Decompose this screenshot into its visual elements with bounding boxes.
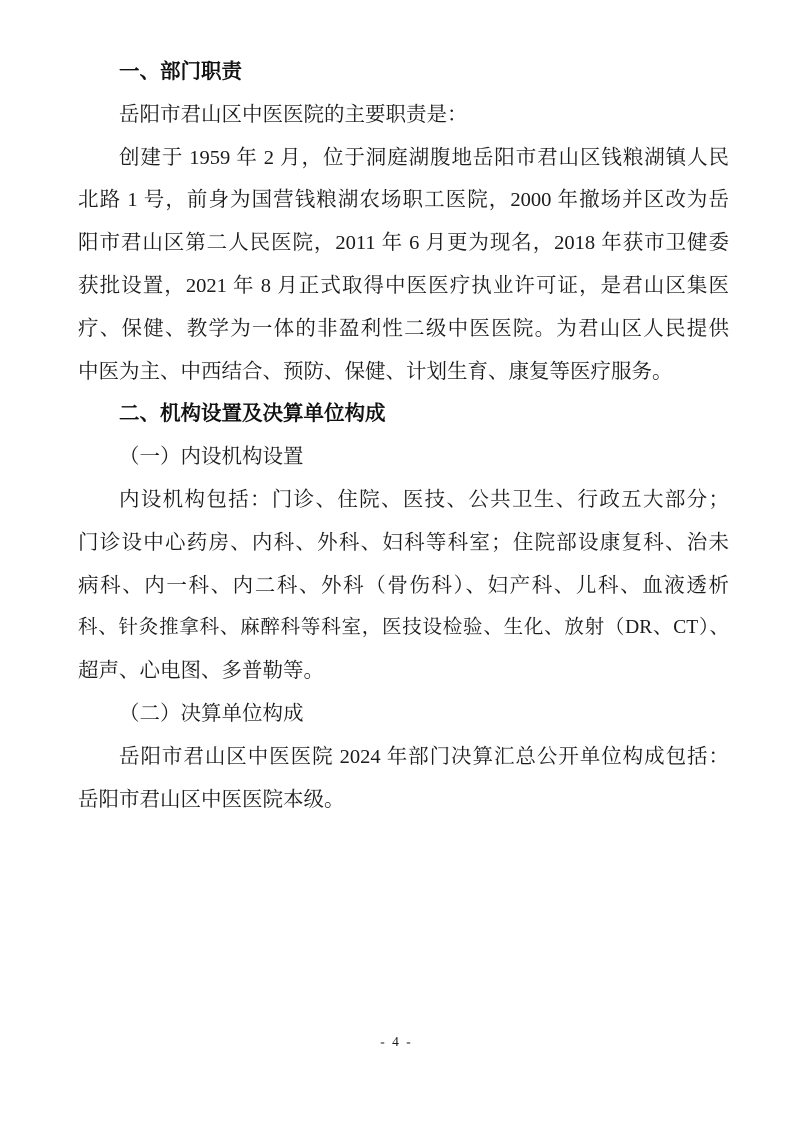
section-2-heading: 二、机构设置及决算单位构成 <box>78 393 729 436</box>
paragraph-line: 岳阳市君山区中医医院 2024 年部门决算汇总公开单位构成包括： <box>78 736 729 779</box>
paragraph-line: 内设机构包括：门诊、住院、医技、公共卫生、行政五大部分； <box>78 479 729 522</box>
document-page: 一、部门职责 岳阳市君山区中医医院的主要职责是： 创建于 1959 年 2 月，… <box>0 0 793 1122</box>
paragraph-line: 门诊设中心药房、内科、外科、妇科等科室；住院部设康复科、治未 <box>78 522 729 565</box>
paragraph-line: 超声、心电图、多普勒等。 <box>78 650 729 693</box>
paragraph-line: 获批设置，2021 年 8 月正式取得中医医疗执业许可证，是君山区集医 <box>78 265 729 308</box>
page-body: 一、部门职责 岳阳市君山区中医医院的主要职责是： 创建于 1959 年 2 月，… <box>0 0 793 821</box>
paragraph-line: 创建于 1959 年 2 月，位于洞庭湖腹地岳阳市君山区钱粮湖镇人民 <box>78 137 729 180</box>
subsection-1-heading: （一）内设机构设置 <box>78 436 729 479</box>
section-1-heading: 一、部门职责 <box>78 51 729 94</box>
paragraph-line: 病科、内一科、内二科、外科（骨伤科）、妇产科、儿科、血液透析 <box>78 565 729 608</box>
page-number: - 4 - <box>0 1034 793 1050</box>
section-1-intro-line: 岳阳市君山区中医医院的主要职责是： <box>78 94 729 137</box>
paragraph-line: 疗、保健、教学为一体的非盈利性二级中医医院。为君山区人民提供 <box>78 308 729 351</box>
subsection-2-heading: （二）决算单位构成 <box>78 693 729 736</box>
paragraph-line: 科、针灸推拿科、麻醉科等科室，医技设检验、生化、放射（DR、CT）、 <box>78 607 729 650</box>
paragraph-line: 阳市君山区第二人民医院，2011 年 6 月更为现名，2018 年获市卫健委 <box>78 222 729 265</box>
paragraph-line: 岳阳市君山区中医医院本级。 <box>78 779 729 822</box>
paragraph-line: 中医为主、中西结合、预防、保健、计划生育、康复等医疗服务。 <box>78 351 729 394</box>
paragraph-line: 北路 1 号，前身为国营钱粮湖农场职工医院，2000 年撤场并区改为岳 <box>78 179 729 222</box>
